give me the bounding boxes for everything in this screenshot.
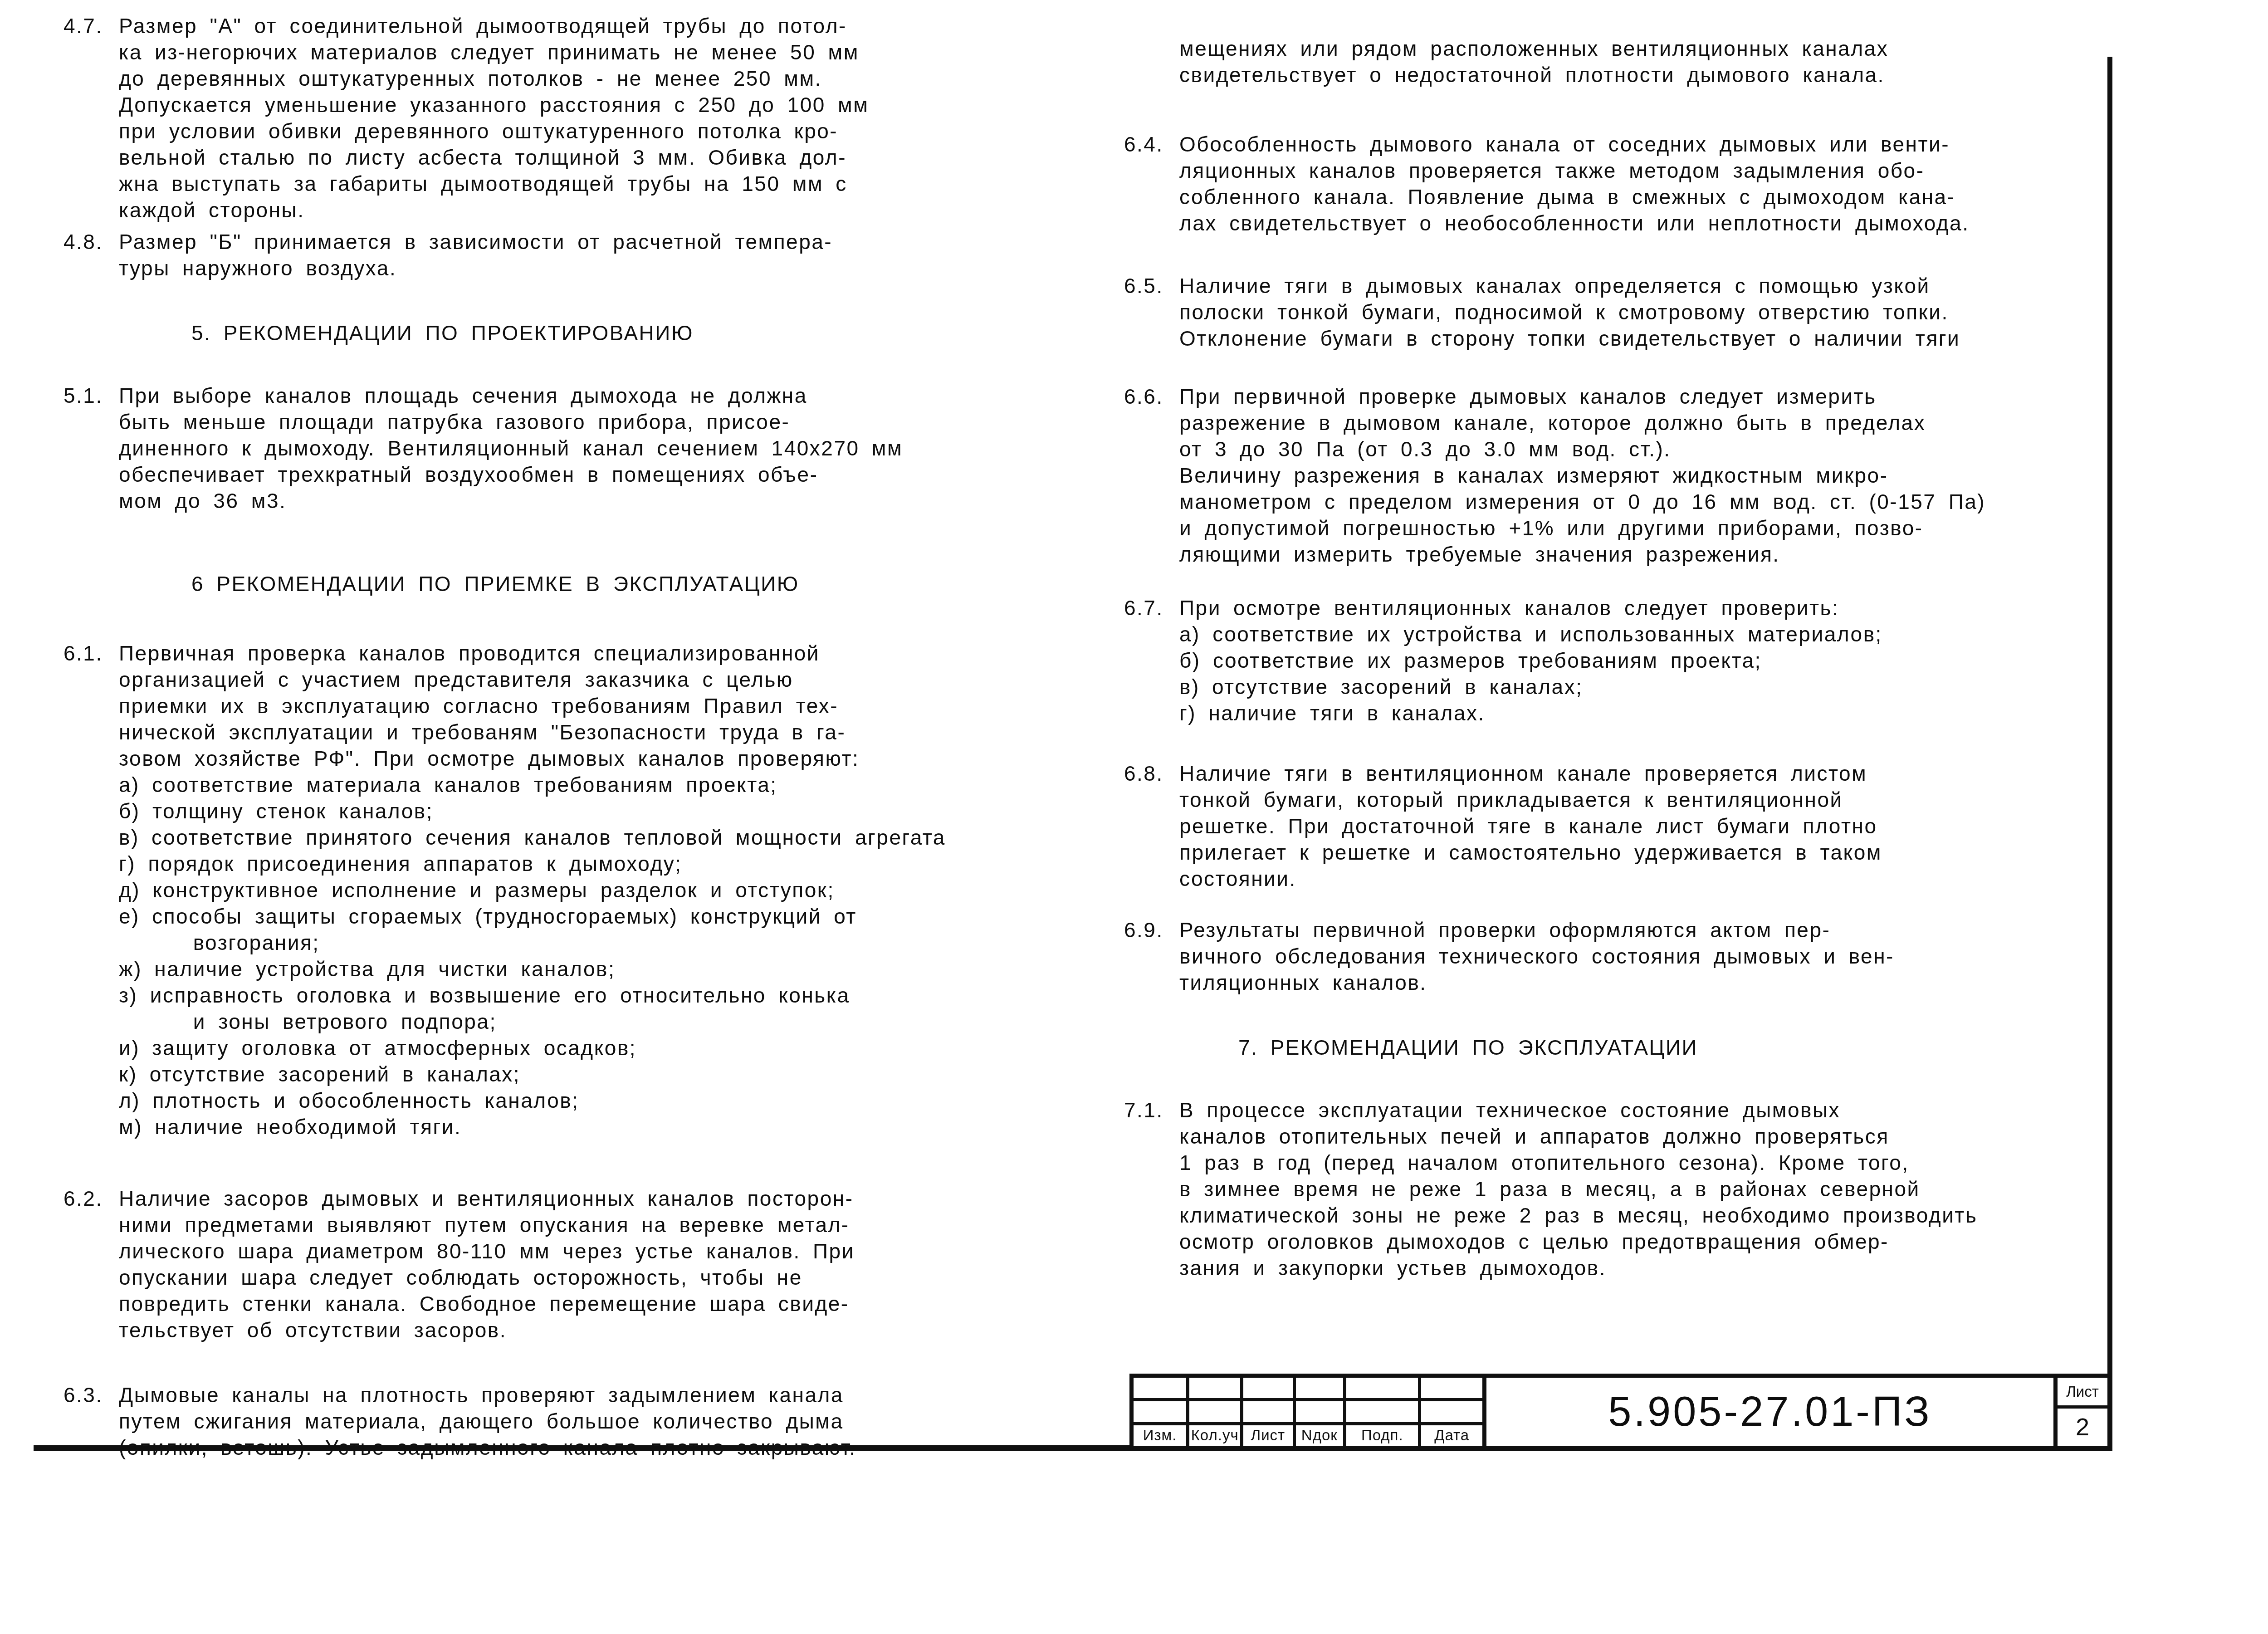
section-text: При выборе каналов площадь сечения дымох… xyxy=(119,382,1123,514)
left-text-column: 4.7. Размер "А" от соединительной дымоот… xyxy=(64,13,1123,1461)
revision-cell xyxy=(1296,1378,1347,1398)
col-label-list: Лист xyxy=(1243,1425,1295,1446)
col-label-ndok: Nдок xyxy=(1296,1425,1347,1446)
section-text: В процессе эксплуатации техническое сост… xyxy=(1179,1097,2120,1281)
section-text: Наличие засоров дымовых и вентиляционных… xyxy=(119,1185,1123,1343)
section-text: Размер "Б" принимается в зависимости от … xyxy=(119,229,1123,281)
section-6-1: 6.1. Первичная проверка каналов проводит… xyxy=(64,640,1123,1140)
revision-cell xyxy=(1243,1378,1295,1398)
section-6-9: 6.9. Результаты первичной проверки оформ… xyxy=(1124,917,2120,996)
revision-row-labels: Изм. Кол.уч Лист Nдок Подп. Дата xyxy=(1134,1425,1482,1446)
title-block: Изм. Кол.уч Лист Nдок Подп. Дата 5.905-2… xyxy=(1129,1374,2112,1450)
section-text: Первичная проверка каналов проводится сп… xyxy=(119,640,1123,1140)
section-number: 6.5. xyxy=(1124,273,1179,299)
col-label-izm: Изм. xyxy=(1134,1425,1189,1446)
scanned-document-page: 4.7. Размер "А" от соединительной дымоот… xyxy=(0,0,2268,1634)
sheet-box: Лист 2 xyxy=(2058,1378,2107,1446)
revision-cell xyxy=(1134,1401,1189,1422)
revision-cell xyxy=(1296,1401,1347,1422)
revision-row-empty xyxy=(1134,1378,1482,1401)
section-number: 5.1. xyxy=(64,382,119,409)
heading-section-6: 6 РЕКОМЕНДАЦИИ ПО ПРИЕМКЕ В ЭКСПЛУАТАЦИЮ xyxy=(64,571,1123,597)
heading-section-5: 5. РЕКОМЕНДАЦИИ ПО ПРОЕКТИРОВАНИЮ xyxy=(64,320,1123,346)
right-text-column: мещениях или рядом расположенных вентиля… xyxy=(1124,35,2120,1281)
section-text: При первичной проверке дымовых каналов с… xyxy=(1179,383,2120,567)
section-number: 6.4. xyxy=(1124,131,1179,157)
section-number: 4.7. xyxy=(64,13,119,39)
revision-cell xyxy=(1243,1401,1295,1422)
heading-section-7: 7. РЕКОМЕНДАЦИИ ПО ЭКСПЛУАТАЦИИ xyxy=(1124,1034,2120,1061)
section-text: Наличие тяги в дымовых каналах определяе… xyxy=(1179,273,2120,352)
col-label-data: Дата xyxy=(1421,1425,1482,1446)
section-number: 6.7. xyxy=(1124,595,1179,621)
revision-row-empty xyxy=(1134,1401,1482,1425)
doc-number: 5.905-27.01-ПЗ xyxy=(1608,1388,1931,1436)
col-label-koluch: Кол.уч xyxy=(1189,1425,1243,1446)
sheet-number: 2 xyxy=(2058,1409,2107,1446)
section-4-7: 4.7. Размер "А" от соединительной дымоот… xyxy=(64,13,1123,223)
section-number: 6.8. xyxy=(1124,760,1179,787)
sheet-label: Лист xyxy=(2058,1378,2107,1409)
page-frame-right-rule xyxy=(2107,57,2112,1450)
section-6-6: 6.6. При первичной проверке дымовых кана… xyxy=(1124,383,2120,567)
section-6-4: 6.4. Обособленность дымового канала от с… xyxy=(1124,131,2120,236)
section-6-7: 6.7. При осмотре вентиляционных каналов … xyxy=(1124,595,2120,726)
section-text: Наличие тяги в вентиляционном канале про… xyxy=(1179,760,2120,892)
section-text: Результаты первичной проверки оформляютс… xyxy=(1179,917,2120,996)
section-number: 6.2. xyxy=(64,1185,119,1212)
revision-cell xyxy=(1421,1401,1482,1422)
revision-cell xyxy=(1189,1401,1243,1422)
section-7-1: 7.1. В процессе эксплуатации техническое… xyxy=(1124,1097,2120,1281)
revision-cell xyxy=(1346,1401,1421,1422)
col-label-podp: Подп. xyxy=(1346,1425,1421,1446)
doc-number-cell: 5.905-27.01-ПЗ xyxy=(1486,1378,2058,1446)
section-number: 6.9. xyxy=(1124,917,1179,943)
section-number: 7.1. xyxy=(1124,1097,1179,1123)
section-6-5: 6.5. Наличие тяги в дымовых каналах опре… xyxy=(1124,273,2120,352)
revision-table: Изм. Кол.уч Лист Nдок Подп. Дата xyxy=(1134,1378,1486,1446)
revision-cell xyxy=(1346,1378,1421,1398)
section-number: 6.3. xyxy=(64,1382,119,1408)
revision-cell xyxy=(1189,1378,1243,1398)
section-number: 6.6. xyxy=(1124,383,1179,410)
revision-cell xyxy=(1421,1378,1482,1398)
section-text: Размер "А" от соединительной дымоотводящ… xyxy=(119,13,1123,223)
section-4-8: 4.8. Размер "Б" принимается в зависимост… xyxy=(64,229,1123,281)
section-6-8: 6.8. Наличие тяги в вентиляционном канал… xyxy=(1124,760,2120,892)
section-5-1: 5.1. При выборе каналов площадь сечения … xyxy=(64,382,1123,514)
revision-cell xyxy=(1134,1378,1189,1398)
section-6-2: 6.2. Наличие засоров дымовых и вентиляци… xyxy=(64,1185,1123,1343)
section-text: Обособленность дымового канала от соседн… xyxy=(1179,131,2120,236)
continuation-text: мещениях или рядом расположенных вентиля… xyxy=(1179,35,2120,88)
section-text: При осмотре вентиляционных каналов следу… xyxy=(1179,595,2120,726)
section-number: 6.1. xyxy=(64,640,119,666)
continuation-paragraph: мещениях или рядом расположенных вентиля… xyxy=(1124,35,2120,88)
section-number: 4.8. xyxy=(64,229,119,255)
